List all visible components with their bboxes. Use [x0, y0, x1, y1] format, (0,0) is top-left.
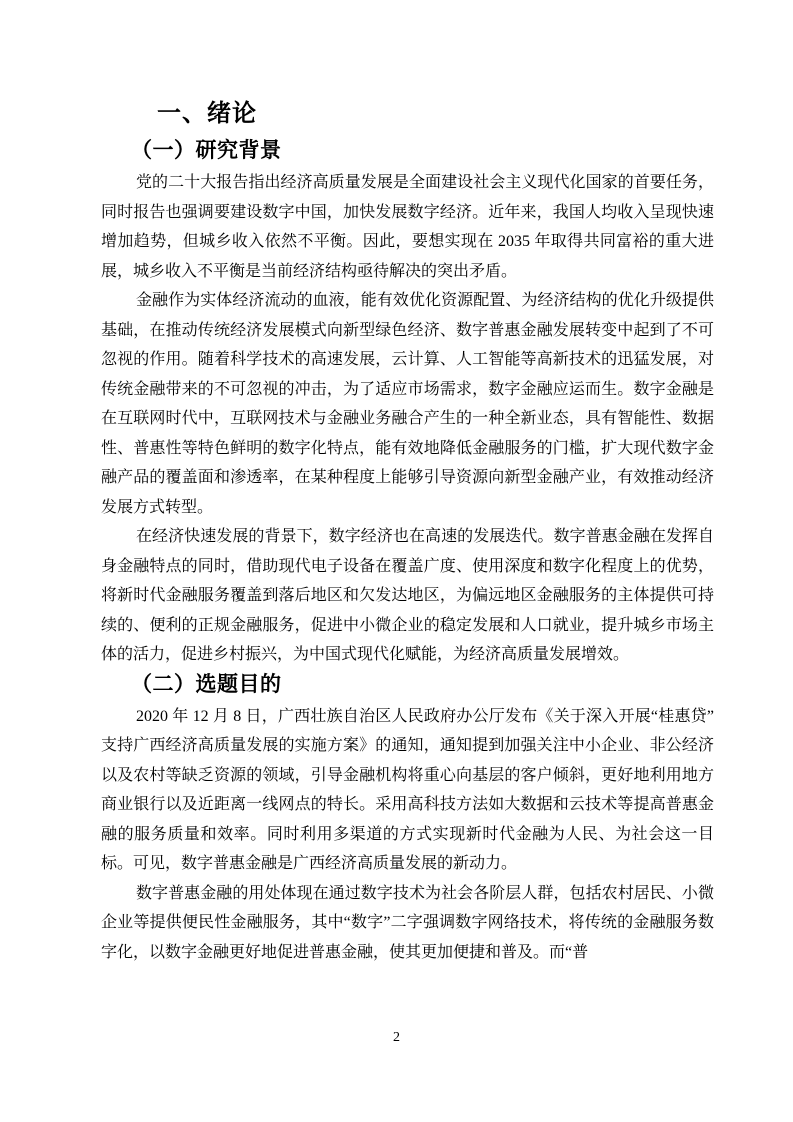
sub-heading-topic-purpose: （二）选题目的 [101, 670, 714, 700]
page-number: 2 [0, 1030, 793, 1046]
paragraph-research-background-1: 党的二十大报告指出经济高质量发展是全面建设社会主义现代化国家的首要任务，同时报告… [101, 168, 714, 286]
sub-heading-research-background: （一）研究背景 [101, 136, 714, 166]
paragraph-research-background-3: 在经济快速发展的背景下，数字经济也在高速的发展迭代。数字普惠金融在发挥自身金融特… [101, 522, 714, 670]
paragraph-topic-purpose-1: 2020 年 12 月 8 日，广西壮族自治区人民政府办公厅发布《关于深入开展“… [101, 702, 714, 879]
paragraph-research-background-2: 金融作为实体经济流动的血液，能有效优化资源配置、为经济结构的优化升级提供基础，在… [101, 286, 714, 522]
section-heading-introduction: 一、绪论 [101, 98, 714, 130]
paragraph-topic-purpose-2: 数字普惠金融的用处体现在通过数字技术为社会各阶层人群，包括农村居民、小微企业等提… [101, 879, 714, 968]
document-page: 一、绪论 （一）研究背景 党的二十大报告指出经济高质量发展是全面建设社会主义现代… [0, 0, 793, 1122]
